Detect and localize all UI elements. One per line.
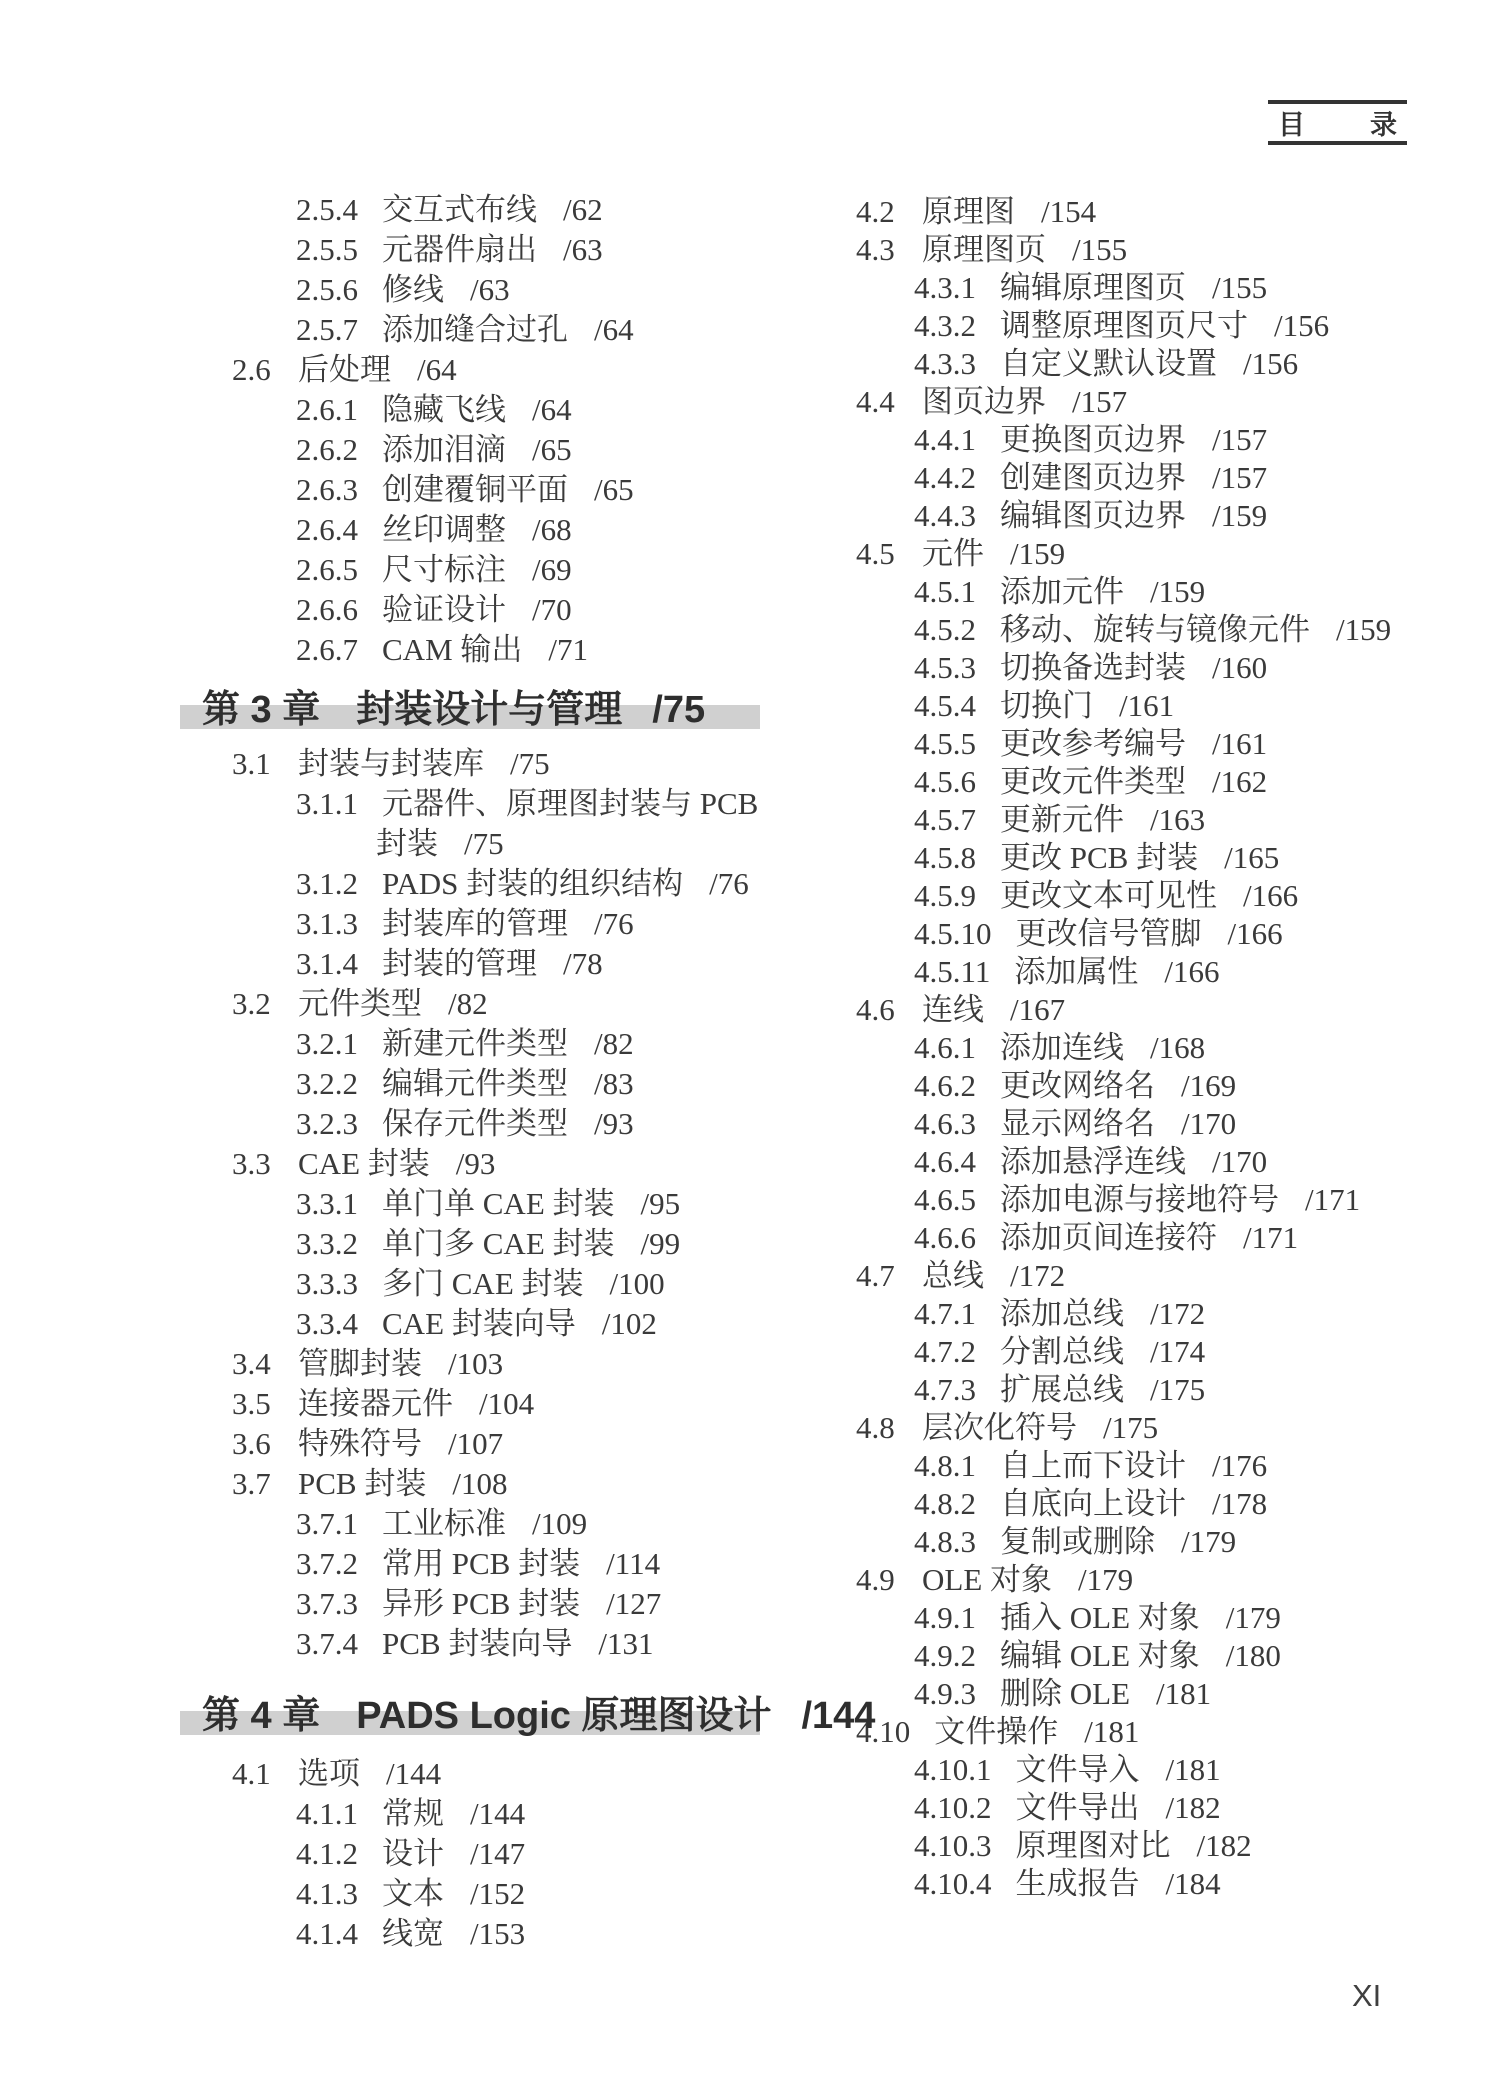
toc-item-page: /179 (1181, 1523, 1236, 1561)
toc-item: 4.5.8更改 PCB 封装/165 (856, 839, 1456, 877)
toc-item-number: 4.10.3 (914, 1827, 992, 1865)
toc-item-number: 2.6.6 (296, 590, 358, 630)
toc-item-number: 3.7.2 (296, 1544, 358, 1584)
toc-item-page: /144 (386, 1754, 441, 1794)
toc-item: 4.1.4线宽/153 (202, 1914, 802, 1954)
toc-item-title: OLE 对象 (922, 1561, 1052, 1599)
toc-item-page: /93 (594, 1104, 634, 1144)
toc-item: 4.10.2文件导出/182 (856, 1789, 1456, 1827)
toc-item-page: /181 (1166, 1751, 1221, 1789)
toc-item: 3.3CAE 封装/93 (202, 1144, 802, 1184)
toc-item-number: 3.3.4 (296, 1304, 358, 1344)
toc-item-page: /166 (1228, 915, 1283, 953)
toc-item-number: 2.6 (232, 350, 274, 390)
toc-item-number: 4.3.2 (914, 307, 976, 345)
toc-item-title: 文件操作 (934, 1713, 1058, 1751)
toc-item-title: 插入 OLE 对象 (1000, 1599, 1200, 1637)
toc-item-title: 删除 OLE (1000, 1675, 1130, 1713)
toc-item: 3.7.3异形 PCB 封装/127 (202, 1584, 802, 1624)
toc-item: 3.5连接器元件/104 (202, 1384, 802, 1424)
toc-items-block: 4.1选项/1444.1.1常规/1444.1.2设计/1474.1.3文本/1… (202, 1754, 802, 1954)
toc-item: 3.1.1元器件、原理图封装与 PCB (202, 784, 802, 824)
toc-item-page: /170 (1181, 1105, 1236, 1143)
chapter-number: 第 4 章 (202, 1695, 320, 1737)
toc-item-page: /175 (1103, 1409, 1158, 1447)
toc-item: 4.3原理图页/155 (856, 231, 1456, 269)
toc-item-page: /78 (563, 944, 603, 984)
toc-item-page: /71 (548, 630, 588, 670)
toc-item-number: 4.4.3 (914, 497, 976, 535)
toc-item: 4.6.6添加页间连接符/171 (856, 1219, 1456, 1257)
toc-item: 4.6.3显示网络名/170 (856, 1105, 1456, 1143)
toc-item: 4.6.5添加电源与接地符号/171 (856, 1181, 1456, 1219)
toc-item-page: /64 (417, 350, 457, 390)
toc-item: 4.8.1自上而下设计/176 (856, 1447, 1456, 1485)
toc-item-page: /155 (1212, 269, 1267, 307)
toc-item-page: /65 (532, 430, 572, 470)
toc-item-title: 新建元件类型 (382, 1024, 568, 1064)
toc-item: 4.9.3删除 OLE/181 (856, 1675, 1456, 1713)
chapter-number: 第 3 章 (202, 689, 320, 731)
toc-item: 2.5.6修线/63 (202, 270, 802, 310)
toc-item-number: 4.6.2 (914, 1067, 976, 1105)
toc-item-title: 连线 (922, 991, 984, 1029)
toc-item: 4.8.2自底向上设计/178 (856, 1485, 1456, 1523)
toc-item-page: /70 (532, 590, 572, 630)
toc-item-title: 添加页间连接符 (1000, 1219, 1217, 1257)
toc-item-number: 4.7 (856, 1257, 898, 1295)
toc-item-page: /108 (452, 1464, 507, 1504)
toc-item-page: /171 (1243, 1219, 1298, 1257)
toc-item-number: 4.9.3 (914, 1675, 976, 1713)
toc-item-number: 4.8.1 (914, 1447, 976, 1485)
toc-item: 4.5.4切换门/161 (856, 687, 1456, 725)
toc-item: 4.7.2分割总线/174 (856, 1333, 1456, 1371)
toc-item-page: /166 (1243, 877, 1298, 915)
toc-item-number: 3.7 (232, 1464, 274, 1504)
toc-item-page: /157 (1212, 459, 1267, 497)
toc-item-page: /83 (594, 1064, 634, 1104)
toc-item: 2.6.7CAM 输出/71 (202, 630, 802, 670)
toc-item-title: 选项 (298, 1754, 360, 1794)
toc-item: 4.9OLE 对象/179 (856, 1561, 1456, 1599)
toc-item-number: 3.7.4 (296, 1624, 358, 1664)
toc-item: 4.5.7更新元件/163 (856, 801, 1456, 839)
toc-item-title: 连接器元件 (298, 1384, 453, 1424)
toc-item-title: 添加缝合过孔 (382, 310, 568, 350)
toc-item-number: 4.1.1 (296, 1794, 358, 1834)
toc-item-title: 异形 PCB 封装 (382, 1584, 580, 1624)
toc-item-number: 4.7.2 (914, 1333, 976, 1371)
toc-item: 3.4管脚封装/103 (202, 1344, 802, 1384)
toc-item-page: /144 (470, 1794, 525, 1834)
toc-item-number: 4.5.9 (914, 877, 976, 915)
toc-item: 3.1.3封装库的管理/76 (202, 904, 802, 944)
toc-item-number: 4.6.5 (914, 1181, 976, 1219)
toc-item-title: 更改元件类型 (1000, 763, 1186, 801)
toc-item-page: /153 (470, 1914, 525, 1954)
toc-item-title: 编辑图页边界 (1000, 497, 1186, 535)
toc-item: 4.7.3扩展总线/175 (856, 1371, 1456, 1409)
toc-item-title: 添加属性 (1014, 953, 1138, 991)
toc-item-title: 更改文本可见性 (1000, 877, 1217, 915)
toc-item-number: 2.5.4 (296, 190, 358, 230)
toc-item: 3.6特殊符号/107 (202, 1424, 802, 1464)
toc-item-title: 编辑原理图页 (1000, 269, 1186, 307)
toc-item-title: 验证设计 (382, 590, 506, 630)
toc-item: 4.1.2设计/147 (202, 1834, 802, 1874)
toc-item-title: 原理图 (922, 193, 1015, 231)
toc-item-title: 单门多 CAE 封装 (382, 1224, 615, 1264)
toc-item-title-line2: 封装 (376, 826, 438, 861)
toc-item-title: PCB 封装向导 (382, 1624, 572, 1664)
toc-item-number: 4.3.3 (914, 345, 976, 383)
toc-page: 目 录 2.5.4交互式布线/622.5.5元器件扇出/632.5.6修线/63… (0, 0, 1497, 2095)
toc-item-number: 2.6.3 (296, 470, 358, 510)
toc-item-title: 文件导入 (1016, 1751, 1140, 1789)
toc-item-title: 丝印调整 (382, 510, 506, 550)
toc-item-number: 2.5.5 (296, 230, 358, 270)
toc-item: 4.1选项/144 (202, 1754, 802, 1794)
toc-item-title: 元件类型 (298, 984, 422, 1024)
toc-item: 2.6.1隐藏飞线/64 (202, 390, 802, 430)
toc-item-number: 2.6.4 (296, 510, 358, 550)
toc-item-page: /93 (456, 1144, 496, 1184)
toc-item-title: 自定义默认设置 (1000, 345, 1217, 383)
toc-item-title: 封装与封装库 (298, 744, 484, 784)
toc-item-title: 添加连线 (1000, 1029, 1124, 1067)
toc-item-page: /131 (598, 1624, 653, 1664)
toc-item: 4.6连线/167 (856, 991, 1456, 1029)
toc-item: 4.8.3复制或删除/179 (856, 1523, 1456, 1561)
toc-items-block: 3.1封装与封装库/753.1.1元器件、原理图封装与 PCB封装/753.1.… (202, 744, 802, 1664)
page-number: XI (1352, 1978, 1381, 2014)
toc-item-page: /76 (709, 864, 749, 904)
toc-item-title: 封装的管理 (382, 944, 537, 984)
toc-item-page: /156 (1243, 345, 1298, 383)
toc-item-number: 4.4 (856, 383, 898, 421)
toc-item-number: 3.1.2 (296, 864, 358, 904)
toc-header-char-left: 目 (1278, 103, 1305, 142)
toc-item-title: 创建图页边界 (1000, 459, 1186, 497)
toc-item-page: /152 (470, 1874, 525, 1914)
chapter-heading: 第 4 章PADS Logic 原理图设计/144 (202, 1694, 802, 1738)
toc-item: 3.7.2常用 PCB 封装/114 (202, 1544, 802, 1584)
toc-item-title: CAM 输出 (382, 630, 522, 670)
toc-item-page: /157 (1212, 421, 1267, 459)
toc-item-number: 3.2.3 (296, 1104, 358, 1144)
toc-item-number: 3.7.3 (296, 1584, 358, 1624)
toc-item-number: 4.5.2 (914, 611, 976, 649)
toc-item: 2.6.2添加泪滴/65 (202, 430, 802, 470)
toc-item-page: /102 (602, 1304, 657, 1344)
toc-item: 3.7PCB 封装/108 (202, 1464, 802, 1504)
toc-item-title: 分割总线 (1000, 1333, 1124, 1371)
toc-item-title: 后处理 (298, 350, 391, 390)
toc-item-title: 添加泪滴 (382, 430, 506, 470)
toc-item-number: 3.2 (232, 984, 274, 1024)
toc-item-title: 调整原理图页尺寸 (1000, 307, 1248, 345)
toc-item-page: /159 (1150, 573, 1205, 611)
toc-item-number: 3.1.1 (296, 784, 358, 824)
toc-item-page: /69 (532, 550, 572, 590)
toc-item: 4.5.1添加元件/159 (856, 573, 1456, 611)
toc-item-title: 更改参考编号 (1000, 725, 1186, 763)
toc-item: 2.5.7添加缝合过孔/64 (202, 310, 802, 350)
toc-item-number: 4.5.7 (914, 801, 976, 839)
toc-item-page: /62 (563, 190, 603, 230)
toc-item-number: 4.10.2 (914, 1789, 992, 1827)
toc-item-title: 文件导出 (1016, 1789, 1140, 1827)
toc-item-page: /64 (594, 310, 634, 350)
toc-item-page: /168 (1150, 1029, 1205, 1067)
toc-item-number: 4.3 (856, 231, 898, 269)
toc-item-title: 多门 CAE 封装 (382, 1264, 584, 1304)
toc-item-page: /169 (1181, 1067, 1236, 1105)
toc-item-page: /179 (1226, 1599, 1281, 1637)
toc-item-number: 2.5.6 (296, 270, 358, 310)
toc-column-right: 4.2原理图/1544.3原理图页/1554.3.1编辑原理图页/1554.3.… (856, 193, 1456, 1903)
toc-item-number: 3.3 (232, 1144, 274, 1184)
toc-item: 2.6.5尺寸标注/69 (202, 550, 802, 590)
toc-item-page: /147 (470, 1834, 525, 1874)
toc-item-number: 4.9.1 (914, 1599, 976, 1637)
toc-item-page: /75 (464, 826, 504, 861)
toc-item-title: 特殊符号 (298, 1424, 422, 1464)
toc-item-title: 交互式布线 (382, 190, 537, 230)
toc-item-number: 4.5 (856, 535, 898, 573)
toc-item-number: 4.1 (232, 1754, 274, 1794)
toc-item-page: /176 (1212, 1447, 1267, 1485)
toc-item-page: /99 (641, 1224, 681, 1264)
toc-item-title: 工业标准 (382, 1504, 506, 1544)
toc-item-number: 2.6.1 (296, 390, 358, 430)
toc-item: 3.7.1工业标准/109 (202, 1504, 802, 1544)
toc-item-number: 4.5.5 (914, 725, 976, 763)
toc-item: 2.6后处理/64 (202, 350, 802, 390)
toc-item-number: 3.1.4 (296, 944, 358, 984)
toc-item-number: 3.6 (232, 1424, 274, 1464)
toc-item-page: /181 (1084, 1713, 1139, 1751)
toc-item-number: 4.1.3 (296, 1874, 358, 1914)
toc-item-title: CAE 封装 (298, 1144, 430, 1184)
toc-item-page: /178 (1212, 1485, 1267, 1523)
toc-item: 4.7总线/172 (856, 1257, 1456, 1295)
toc-item: 3.7.4PCB 封装向导/131 (202, 1624, 802, 1664)
toc-item-page: /179 (1078, 1561, 1133, 1599)
toc-item-page: /182 (1166, 1789, 1221, 1827)
toc-item-title: 编辑元件类型 (382, 1064, 568, 1104)
toc-item-number: 3.1 (232, 744, 274, 784)
toc-item: 4.1.1常规/144 (202, 1794, 802, 1834)
toc-item-title: 更改 PCB 封装 (1000, 839, 1198, 877)
toc-item-number: 3.7.1 (296, 1504, 358, 1544)
toc-item: 4.5.6更改元件类型/162 (856, 763, 1456, 801)
toc-item: 4.1.3文本/152 (202, 1874, 802, 1914)
toc-item-page: /76 (594, 904, 634, 944)
toc-item-title: 生成报告 (1016, 1865, 1140, 1903)
toc-item: 4.4图页边界/157 (856, 383, 1456, 421)
toc-item-title: 封装库的管理 (382, 904, 568, 944)
toc-item: 4.9.1插入 OLE 对象/179 (856, 1599, 1456, 1637)
toc-item-page: /170 (1212, 1143, 1267, 1181)
toc-item-title: 复制或删除 (1000, 1523, 1155, 1561)
toc-item: 3.2.2编辑元件类型/83 (202, 1064, 802, 1104)
toc-item-title: 切换门 (1000, 687, 1093, 725)
toc-item: 4.6.2更改网络名/169 (856, 1067, 1456, 1105)
toc-item: 4.5.2移动、旋转与镜像元件/159 (856, 611, 1456, 649)
toc-item-number: 3.5 (232, 1384, 274, 1424)
toc-item-number: 4.6.4 (914, 1143, 976, 1181)
toc-item-title: 常用 PCB 封装 (382, 1544, 580, 1584)
toc-item-page: /65 (594, 470, 634, 510)
toc-item: 4.9.2编辑 OLE 对象/180 (856, 1637, 1456, 1675)
toc-item-page: /165 (1224, 839, 1279, 877)
toc-item: 4.10.4生成报告/184 (856, 1865, 1456, 1903)
toc-item-page: /64 (532, 390, 572, 430)
toc-item: 3.2元件类型/82 (202, 984, 802, 1024)
toc-item: 4.2原理图/154 (856, 193, 1456, 231)
toc-header: 目 录 (1268, 100, 1407, 145)
toc-item-page: /182 (1197, 1827, 1252, 1865)
toc-item-number: 3.4 (232, 1344, 274, 1384)
toc-item: 4.5.9更改文本可见性/166 (856, 877, 1456, 915)
toc-item: 3.3.4CAE 封装向导/102 (202, 1304, 802, 1344)
toc-item-number: 4.5.8 (914, 839, 976, 877)
toc-item: 4.10.3原理图对比/182 (856, 1827, 1456, 1865)
toc-item-title: 隐藏飞线 (382, 390, 506, 430)
toc-item-page: /154 (1041, 193, 1096, 231)
toc-item-page: /175 (1150, 1371, 1205, 1409)
toc-item-number: 4.5.3 (914, 649, 976, 687)
toc-item-page: /163 (1150, 801, 1205, 839)
toc-item-page: /63 (470, 270, 510, 310)
toc-item: 4.3.1编辑原理图页/155 (856, 269, 1456, 307)
toc-item-number: 4.8 (856, 1409, 898, 1447)
chapter-title: PADS Logic 原理图设计 (356, 1695, 771, 1737)
toc-items-block: 2.5.4交互式布线/622.5.5元器件扇出/632.5.6修线/632.5.… (202, 190, 802, 670)
toc-item-title: 添加电源与接地符号 (1000, 1181, 1279, 1219)
toc-item-continuation: 封装/75 (202, 824, 802, 864)
toc-items-block: 4.2原理图/1544.3原理图页/1554.3.1编辑原理图页/1554.3.… (856, 193, 1456, 1903)
toc-item-title: 原理图对比 (1016, 1827, 1171, 1865)
toc-item-title: 元器件、原理图封装与 PCB (382, 784, 758, 824)
toc-item-page: /107 (448, 1424, 503, 1464)
toc-item-title: 移动、旋转与镜像元件 (1000, 611, 1310, 649)
toc-item-page: /82 (448, 984, 488, 1024)
toc-item: 2.6.6验证设计/70 (202, 590, 802, 630)
toc-item-title: 常规 (382, 1794, 444, 1834)
toc-item-page: /171 (1305, 1181, 1360, 1219)
toc-item: 4.4.1更换图页边界/157 (856, 421, 1456, 459)
toc-item-number: 4.5.1 (914, 573, 976, 611)
toc-item-page: /114 (606, 1544, 660, 1584)
toc-item-page: /82 (594, 1024, 634, 1064)
toc-item-page: /156 (1274, 307, 1329, 345)
toc-item-page: /172 (1150, 1295, 1205, 1333)
toc-item-page: /172 (1010, 1257, 1065, 1295)
toc-item-title: PADS 封装的组织结构 (382, 864, 683, 904)
toc-item: 4.7.1添加总线/172 (856, 1295, 1456, 1333)
toc-item: 4.10.1文件导入/181 (856, 1751, 1456, 1789)
toc-item-page: /104 (479, 1384, 534, 1424)
toc-item: 3.3.1单门单 CAE 封装/95 (202, 1184, 802, 1224)
toc-item: 3.3.3多门 CAE 封装/100 (202, 1264, 802, 1304)
toc-item-page: /157 (1072, 383, 1127, 421)
toc-header-char-right: 录 (1370, 103, 1397, 142)
toc-item-title: 切换备选封装 (1000, 649, 1186, 687)
chapter-title: 封装设计与管理 (356, 689, 622, 731)
toc-item-number: 3.3.2 (296, 1224, 358, 1264)
toc-item-number: 3.1.3 (296, 904, 358, 944)
toc-item-page: /161 (1119, 687, 1174, 725)
toc-item: 4.5.10更改信号管脚/166 (856, 915, 1456, 953)
toc-item-number: 4.5.4 (914, 687, 976, 725)
toc-item: 2.5.5元器件扇出/63 (202, 230, 802, 270)
toc-item: 4.10文件操作/181 (856, 1713, 1456, 1751)
toc-item: 4.6.4添加悬浮连线/170 (856, 1143, 1456, 1181)
toc-item-title: 线宽 (382, 1914, 444, 1954)
toc-item-number: 4.3.1 (914, 269, 976, 307)
toc-item: 4.5.11添加属性/166 (856, 953, 1456, 991)
toc-item: 2.6.3创建覆铜平面/65 (202, 470, 802, 510)
toc-item-title: 元器件扇出 (382, 230, 537, 270)
toc-item-title: 添加悬浮连线 (1000, 1143, 1186, 1181)
toc-item: 4.6.1添加连线/168 (856, 1029, 1456, 1067)
toc-item-number: 3.2.1 (296, 1024, 358, 1064)
toc-item-number: 4.10.4 (914, 1865, 992, 1903)
toc-item-number: 4.6 (856, 991, 898, 1029)
toc-item-number: 4.5.10 (914, 915, 992, 953)
toc-item-title: 保存元件类型 (382, 1104, 568, 1144)
toc-item: 3.1封装与封装库/75 (202, 744, 802, 784)
toc-item: 4.3.3自定义默认设置/156 (856, 345, 1456, 383)
toc-item-title: 修线 (382, 270, 444, 310)
toc-item-page: /159 (1010, 535, 1065, 573)
toc-item-number: 2.6.7 (296, 630, 358, 670)
toc-item-number: 2.6.5 (296, 550, 358, 590)
toc-item-title: 创建覆铜平面 (382, 470, 568, 510)
toc-item-page: /174 (1150, 1333, 1205, 1371)
toc-item-page: /109 (532, 1504, 587, 1544)
toc-item-title: 管脚封装 (298, 1344, 422, 1384)
toc-item: 4.5元件/159 (856, 535, 1456, 573)
toc-item: 4.5.5更改参考编号/161 (856, 725, 1456, 763)
toc-item-title: 更新元件 (1000, 801, 1124, 839)
toc-item-number: 4.5.11 (914, 953, 990, 991)
toc-item-page: /95 (641, 1184, 681, 1224)
toc-item: 2.5.4交互式布线/62 (202, 190, 802, 230)
toc-item-page: /68 (532, 510, 572, 550)
toc-item-title: 总线 (922, 1257, 984, 1295)
toc-item-number: 4.2 (856, 193, 898, 231)
toc-item-title: 设计 (382, 1834, 444, 1874)
toc-item-number: 4.8.3 (914, 1523, 976, 1561)
toc-item-title: 添加总线 (1000, 1295, 1124, 1333)
toc-item-page: /127 (606, 1584, 661, 1624)
toc-item-page: /159 (1336, 611, 1391, 649)
toc-item-number: 4.6.6 (914, 1219, 976, 1257)
toc-item-title: 显示网络名 (1000, 1105, 1155, 1143)
toc-item-title: 尺寸标注 (382, 550, 506, 590)
toc-item-page: /184 (1166, 1865, 1221, 1903)
toc-item-number: 4.1.2 (296, 1834, 358, 1874)
toc-item-title: 扩展总线 (1000, 1371, 1124, 1409)
toc-item-number: 2.6.2 (296, 430, 358, 470)
toc-item-title: 文本 (382, 1874, 444, 1914)
toc-item-title: 更改信号管脚 (1016, 915, 1202, 953)
chapter-page: /144 (801, 1695, 875, 1737)
